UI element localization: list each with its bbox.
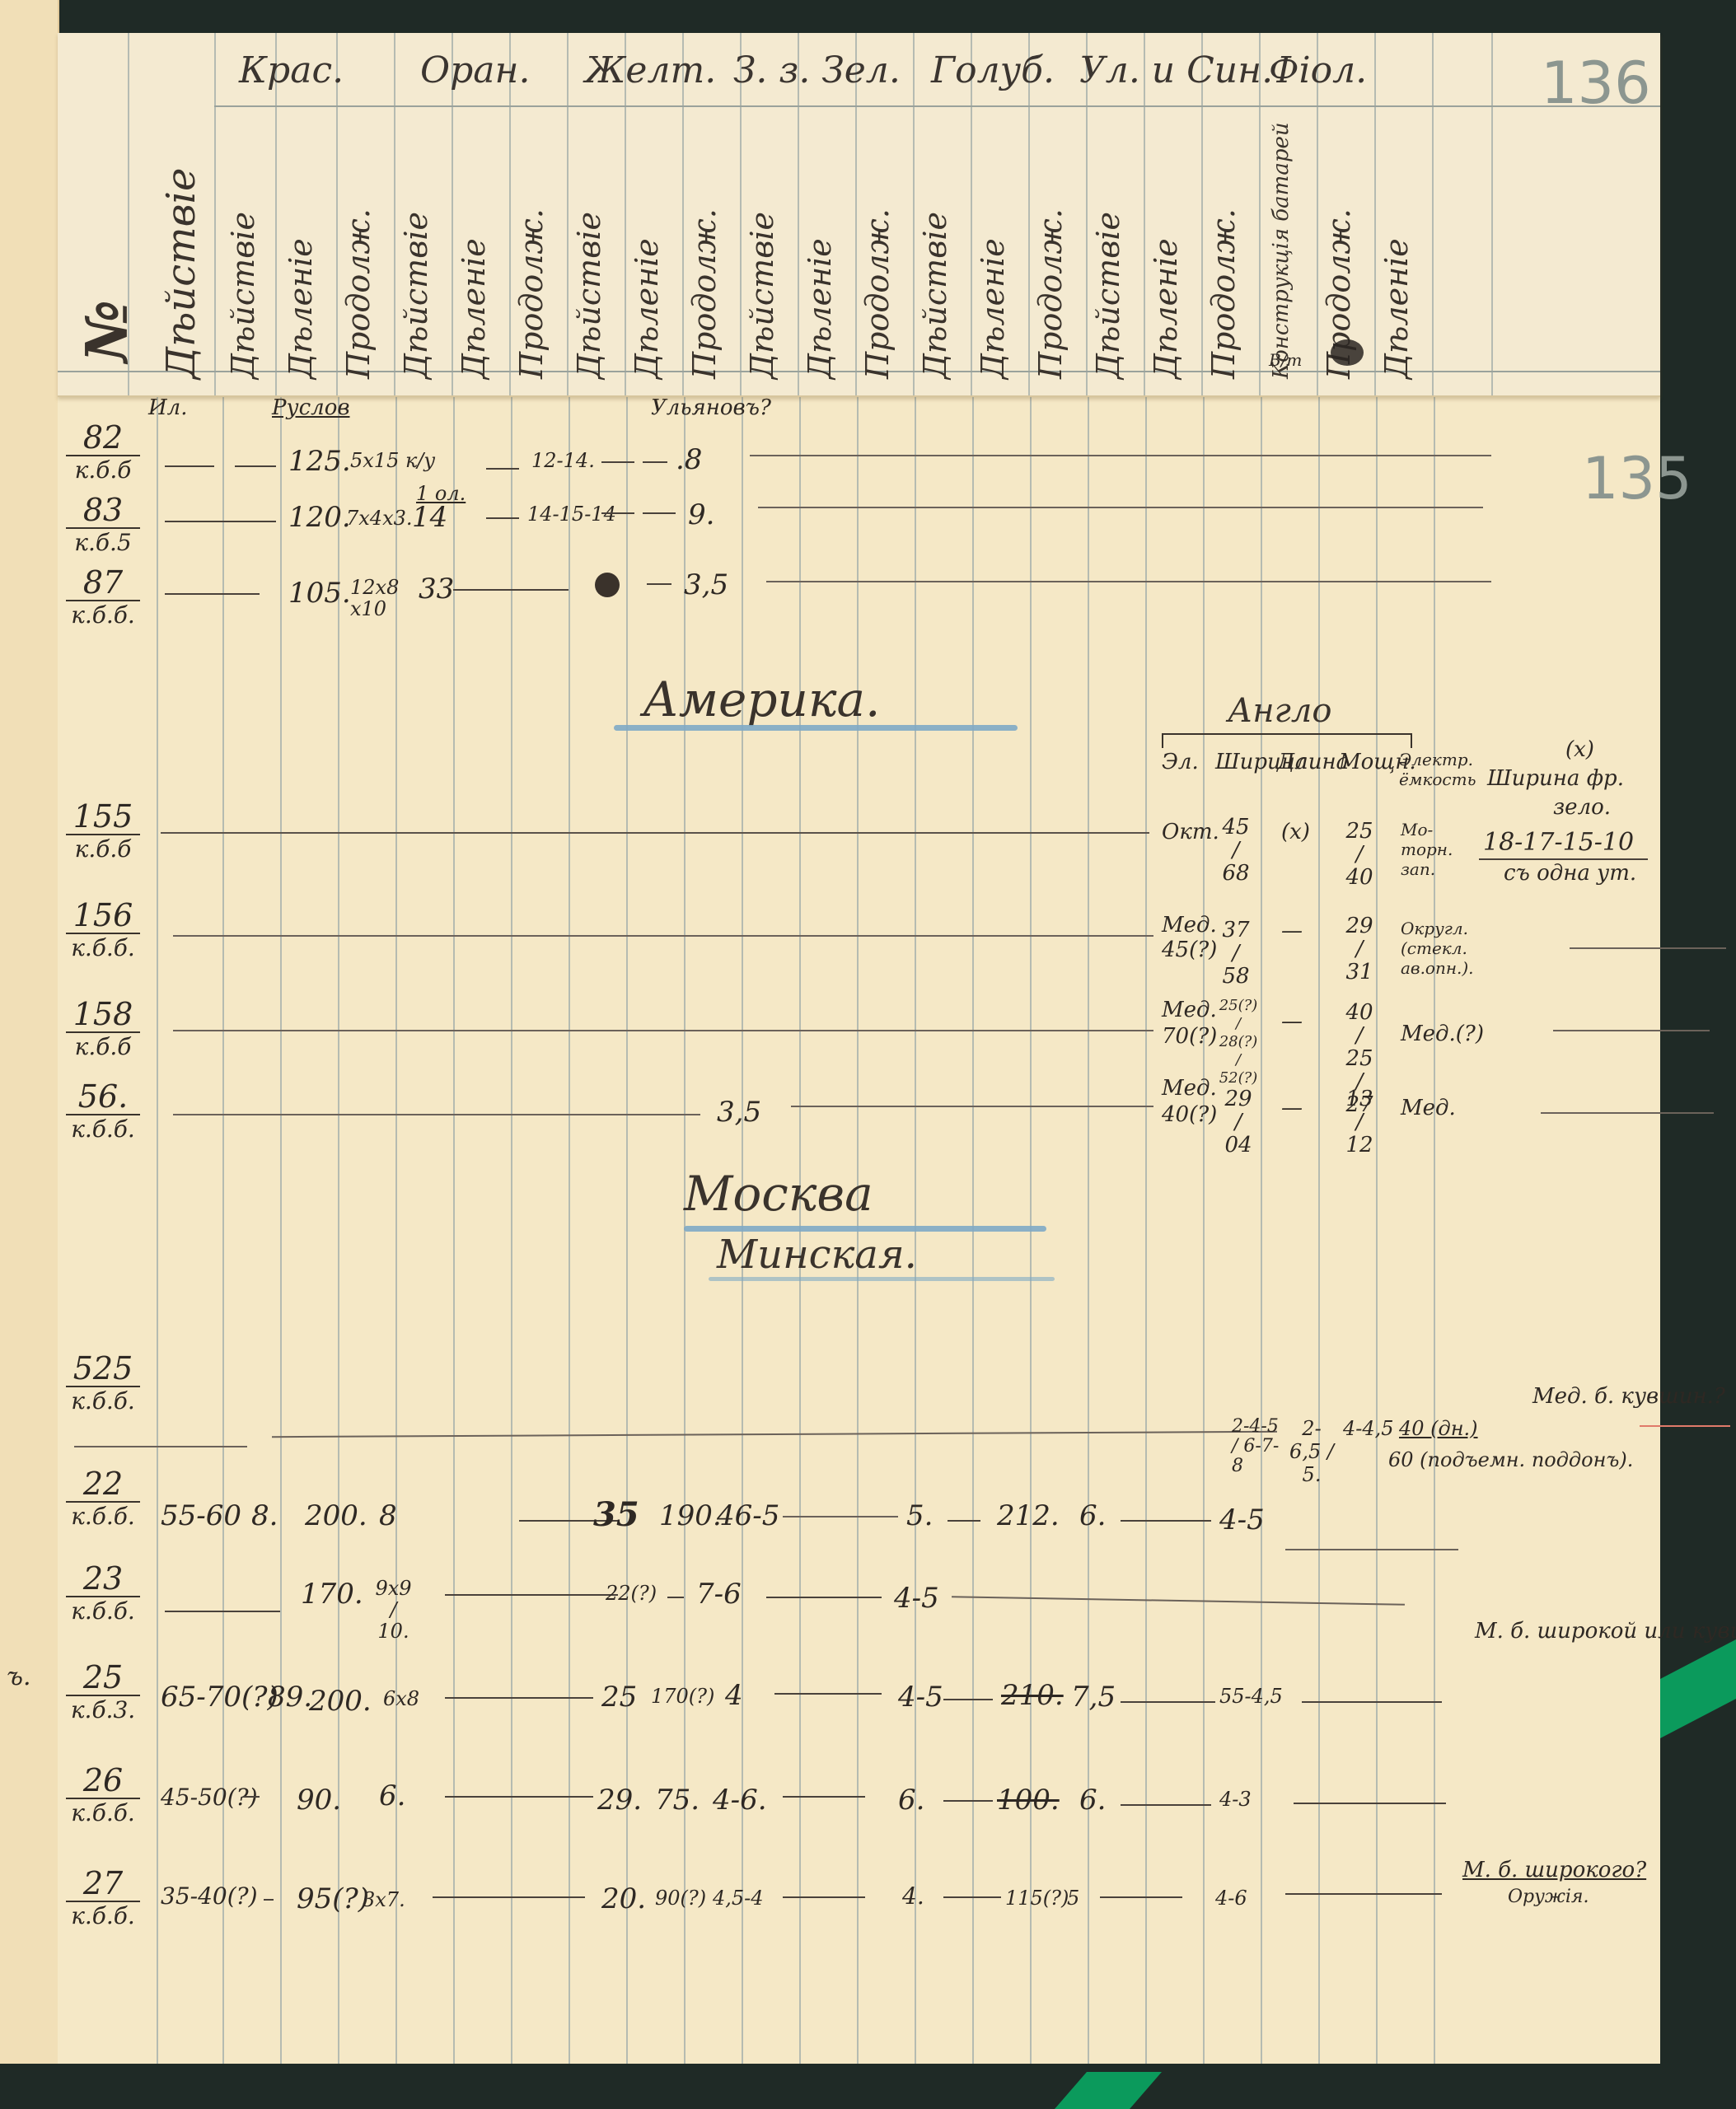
subcol-label: Дѣйствiе — [400, 212, 433, 379]
section-title-moscow: Москва — [684, 1166, 873, 1222]
subcol-label: Продолж. — [342, 208, 375, 379]
blue-underline — [709, 1277, 1055, 1281]
subcol-label: Дѣйствiе — [227, 212, 260, 379]
ink-blot — [1331, 339, 1364, 366]
blue-underline — [684, 1226, 1046, 1232]
subheader-note: Руслов — [272, 395, 349, 420]
subcol-label: Продолж. — [688, 208, 721, 379]
subcol-label: Продолж. — [1207, 208, 1240, 379]
blue-underline — [614, 725, 1018, 731]
group-header-yellow: Желт. — [585, 49, 716, 91]
folio-number-lower: 135 — [1582, 445, 1692, 512]
subcol-label: Продолж. — [861, 208, 894, 379]
green-tab-right — [1660, 1639, 1736, 1738]
subcol-label: Дѣленiе — [630, 238, 663, 379]
header-flap: Крас. Оран. Желт. З. з. Зел. Голуб. Ул. … — [58, 33, 1660, 397]
subcol-label: Дѣленiе — [284, 238, 317, 379]
subtable-header: Электр. ёмкость — [1399, 750, 1448, 789]
ledger-page: Крас. Оран. Желт. З. з. Зел. Голуб. Ул. … — [58, 33, 1660, 2064]
subcol-label: Конструкцiя батарей — [1265, 122, 1298, 379]
ink-blot — [595, 573, 620, 597]
row-label: 87 к.б.б. — [66, 565, 140, 629]
left-page-edge: ъ. — [0, 0, 59, 2064]
group-header-red: Крас. — [239, 49, 344, 91]
subheader-note: Ил. — [148, 395, 188, 420]
subcol-label: Продолж. — [515, 208, 548, 379]
subtable-header: Эл. — [1162, 750, 1199, 774]
header-note-bm: В/т — [1269, 350, 1302, 370]
group-header-green: З. з. Зел. — [733, 49, 901, 91]
subtable-bracket — [1162, 733, 1412, 748]
row-label: 83 к.б.5 — [66, 493, 140, 557]
folio-number-top: 136 — [1541, 49, 1651, 117]
subcol-label: Продолж. — [1034, 208, 1067, 379]
subcol-label: Дѣленiе — [457, 238, 490, 379]
green-tab-bottom — [1055, 2072, 1162, 2109]
margin-fragment: ъ. — [7, 1662, 31, 1691]
subcol-label: Дѣйствiе — [573, 212, 606, 379]
row-label: 82 к.б.б — [66, 420, 140, 484]
subcol-label: Дѣйствiе — [746, 212, 779, 379]
section-title-america: Америка. — [643, 671, 880, 727]
section-title-alt: Минская. — [717, 1232, 917, 1278]
group-header-violet: Фiол. — [1269, 49, 1367, 91]
subcol-label: Дѣленiе — [1149, 238, 1182, 379]
col-label-action: Дѣйствiе — [165, 168, 198, 379]
col-label-number: № — [91, 300, 124, 362]
subcol-label: Дѣленiе — [1380, 238, 1413, 379]
group-header-indigo: Ул. и Син. — [1079, 49, 1273, 91]
group-header-blue: Голуб. — [931, 49, 1055, 91]
subcol-label: Дѣленiе — [976, 238, 1009, 379]
group-header-orange: Оран. — [420, 49, 530, 91]
subcol-label: Дѣйствiе — [1092, 212, 1125, 379]
subtable-title: Англо — [1228, 692, 1331, 730]
subcol-label: Дѣленiе — [803, 238, 836, 379]
subcol-label: Дѣйствiе — [919, 212, 952, 379]
subheader-note: Ульяновъ? — [651, 395, 771, 420]
